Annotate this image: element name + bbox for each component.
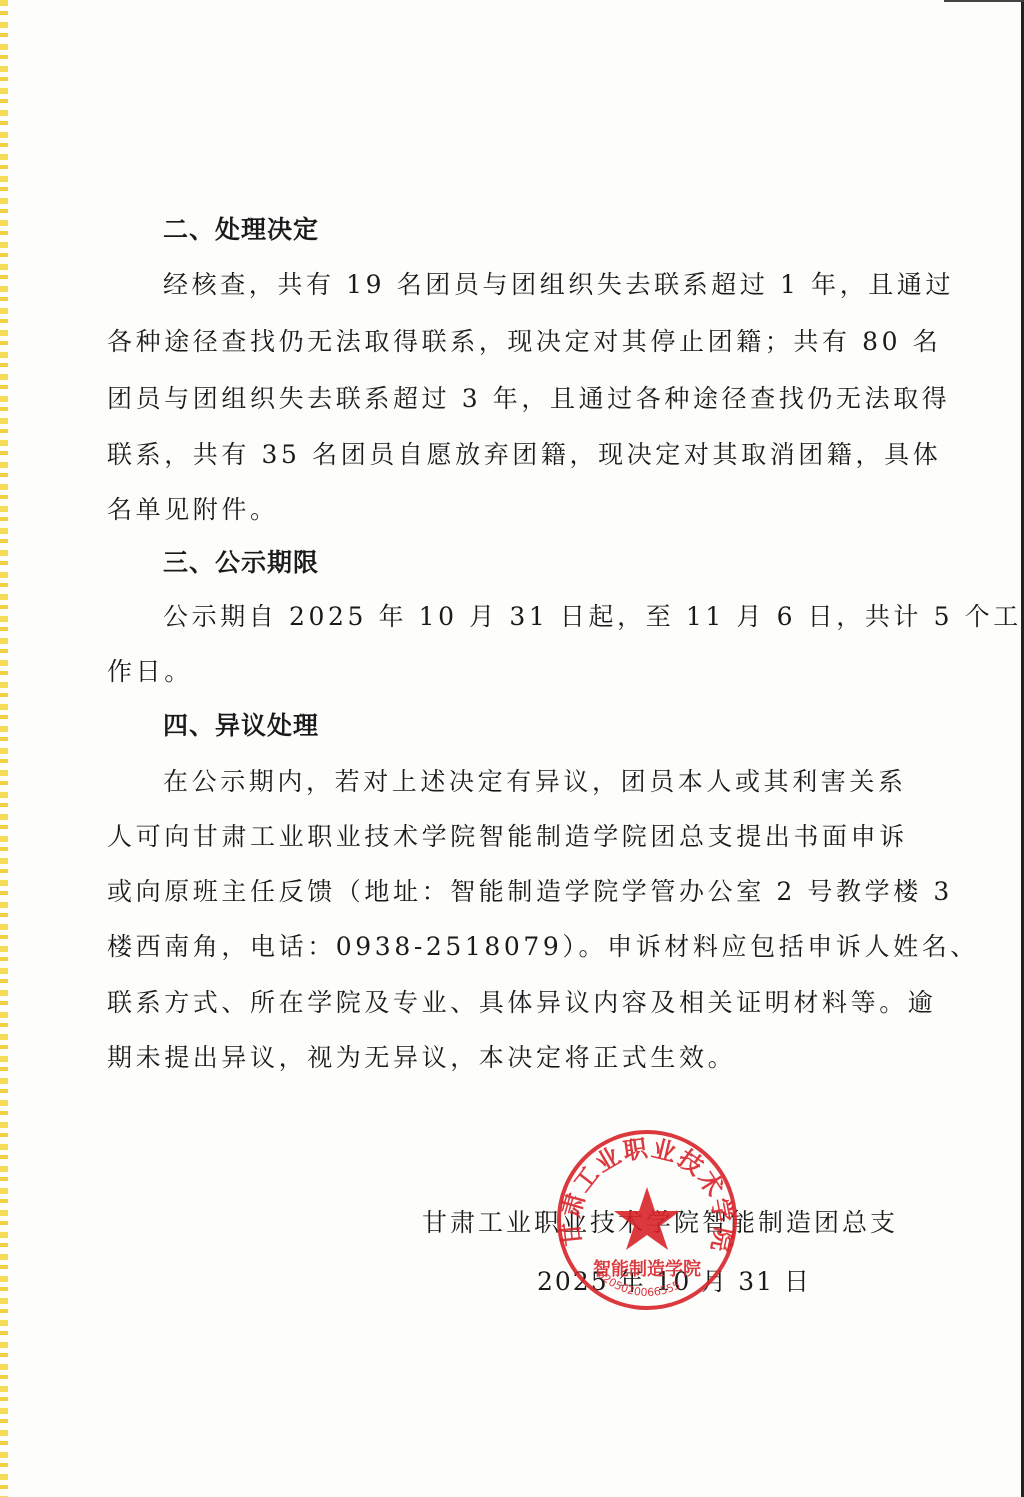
section-heading-period: 三、公示期限 <box>163 543 319 579</box>
scan-edge-top <box>944 0 1024 2</box>
paragraph-line: 人可向甘肃工业职业技术学院智能制造学院团总支提出书面申诉 <box>107 817 908 853</box>
section-heading-objection: 四、异议处理 <box>163 706 319 742</box>
paragraph-line: 期未提出异议，视为无异议，本决定将正式生效。 <box>107 1038 736 1074</box>
paragraph-line: 公示期自 2025 年 10 月 31 日起，至 11 月 6 日，共计 5 个… <box>163 597 1022 633</box>
signature-organization: 甘肃工业职业技术学院智能制造团总支 <box>422 1203 898 1239</box>
paragraph-line: 名单见附件。 <box>107 490 279 526</box>
paragraph-line: 经核查，共有 19 名团员与团组织失去联系超过 1 年，且通过 <box>163 265 954 301</box>
signature-date: 2025 年 10 月 31 日 <box>537 1262 811 1298</box>
paragraph-line: 联系方式、所在学院及专业、具体异议内容及相关证明材料等。逾 <box>107 983 936 1019</box>
section-heading-decision: 二、处理决定 <box>163 210 319 246</box>
paragraph-line: 作日。 <box>107 652 193 688</box>
paragraph-line: 团员与团组织失去联系超过 3 年，且通过各种途径查找仍无法取得 <box>107 379 950 415</box>
paragraph-line: 或向原班主任反馈（地址：智能制造学院学管办公室 2 号教学楼 3 <box>107 872 953 908</box>
paragraph-line: 楼西南角，电话：0938-2518079）。申诉材料应包括申诉人姓名、 <box>107 927 979 963</box>
paragraph-line: 联系，共有 35 名团员自愿放弃团籍，现决定对其取消团籍，具体 <box>107 435 941 471</box>
scan-edge-left <box>0 0 8 1497</box>
paragraph-line: 各种途径查找仍无法取得联系，现决定对其停止团籍；共有 80 名 <box>107 322 941 358</box>
paragraph-line: 在公示期内，若对上述决定有异议，团员本人或其利害关系 <box>163 762 907 798</box>
